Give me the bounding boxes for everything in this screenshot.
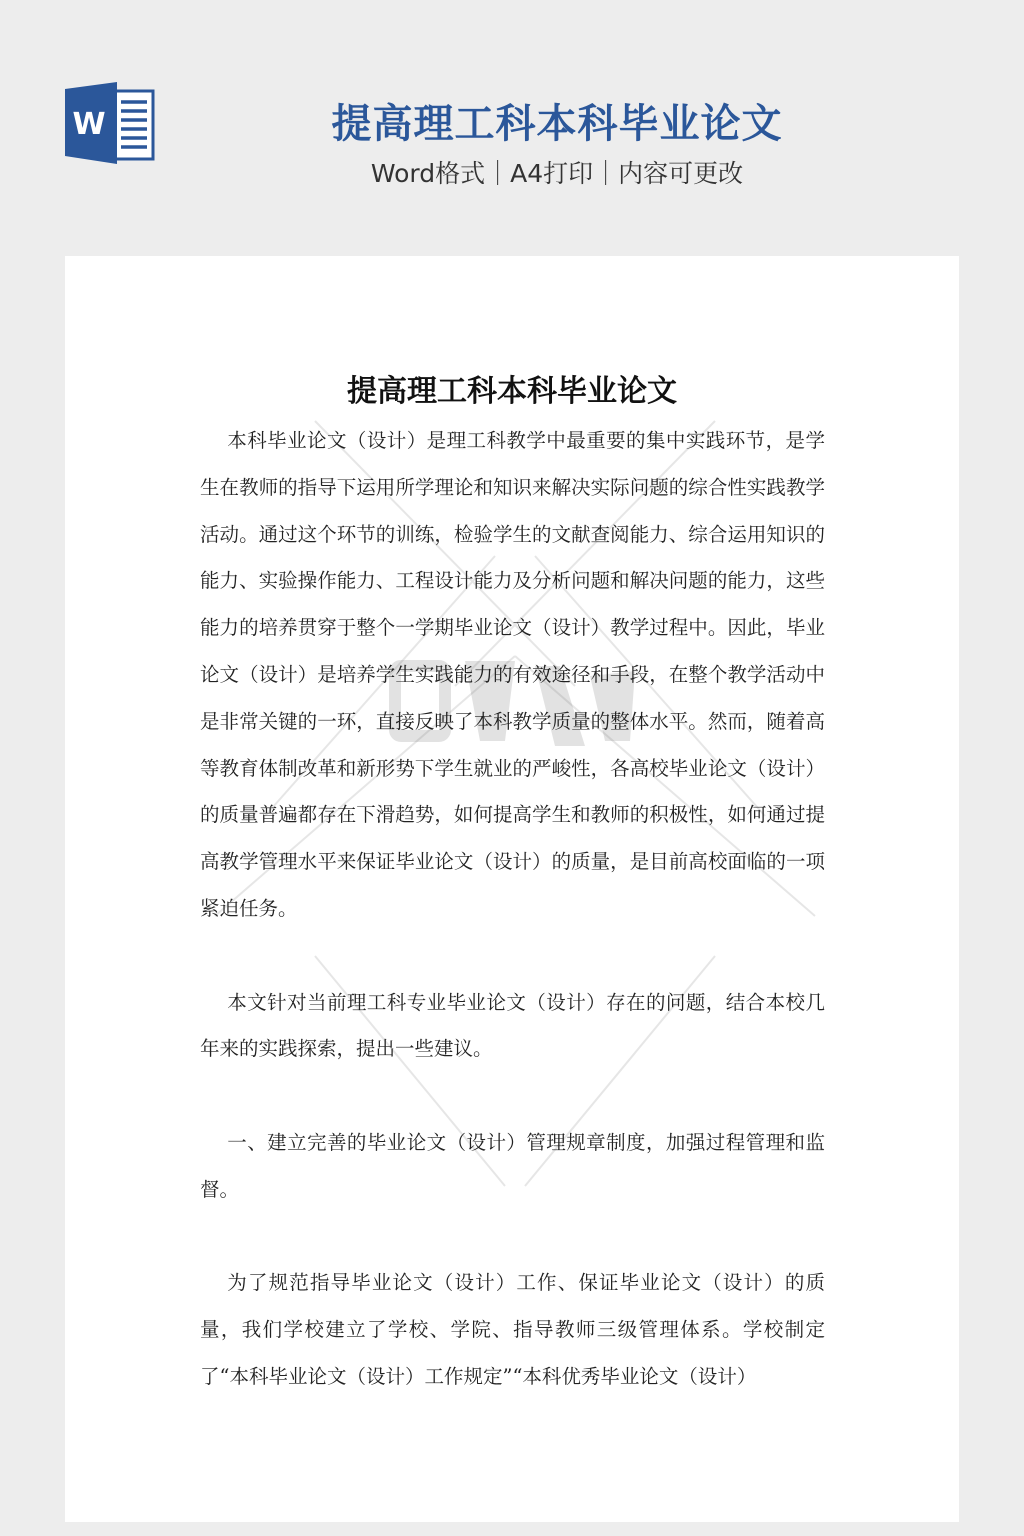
section-heading: 一、建立完善的毕业论文（设计）管理规章制度，加强过程管理和监督。	[200, 1120, 825, 1214]
document-page: 提高理工科本科毕业论文 本科毕业论文（设计）是理工科教学中最重要的集中实践环节，…	[65, 256, 959, 1522]
paragraph: 本科毕业论文（设计）是理工科教学中最重要的集中实践环节，是学生在教师的指导下运用…	[200, 418, 825, 933]
banner-title: 提高理工科本科毕业论文	[0, 92, 1024, 149]
banner-subtitle: Word格式｜A4打印｜内容可更改	[0, 154, 1024, 190]
document-title: 提高理工科本科毕业论文	[65, 366, 959, 410]
paragraph: 为了规范指导毕业论文（设计）工作、保证毕业论文（设计）的质量，我们学校建立了学校…	[200, 1260, 825, 1400]
document-body: 本科毕业论文（设计）是理工科教学中最重要的集中实践环节，是学生在教师的指导下运用…	[200, 418, 825, 1401]
paragraph: 本文针对当前理工科专业毕业论文（设计）存在的问题，结合本校几年来的实践探索，提出…	[200, 980, 825, 1074]
